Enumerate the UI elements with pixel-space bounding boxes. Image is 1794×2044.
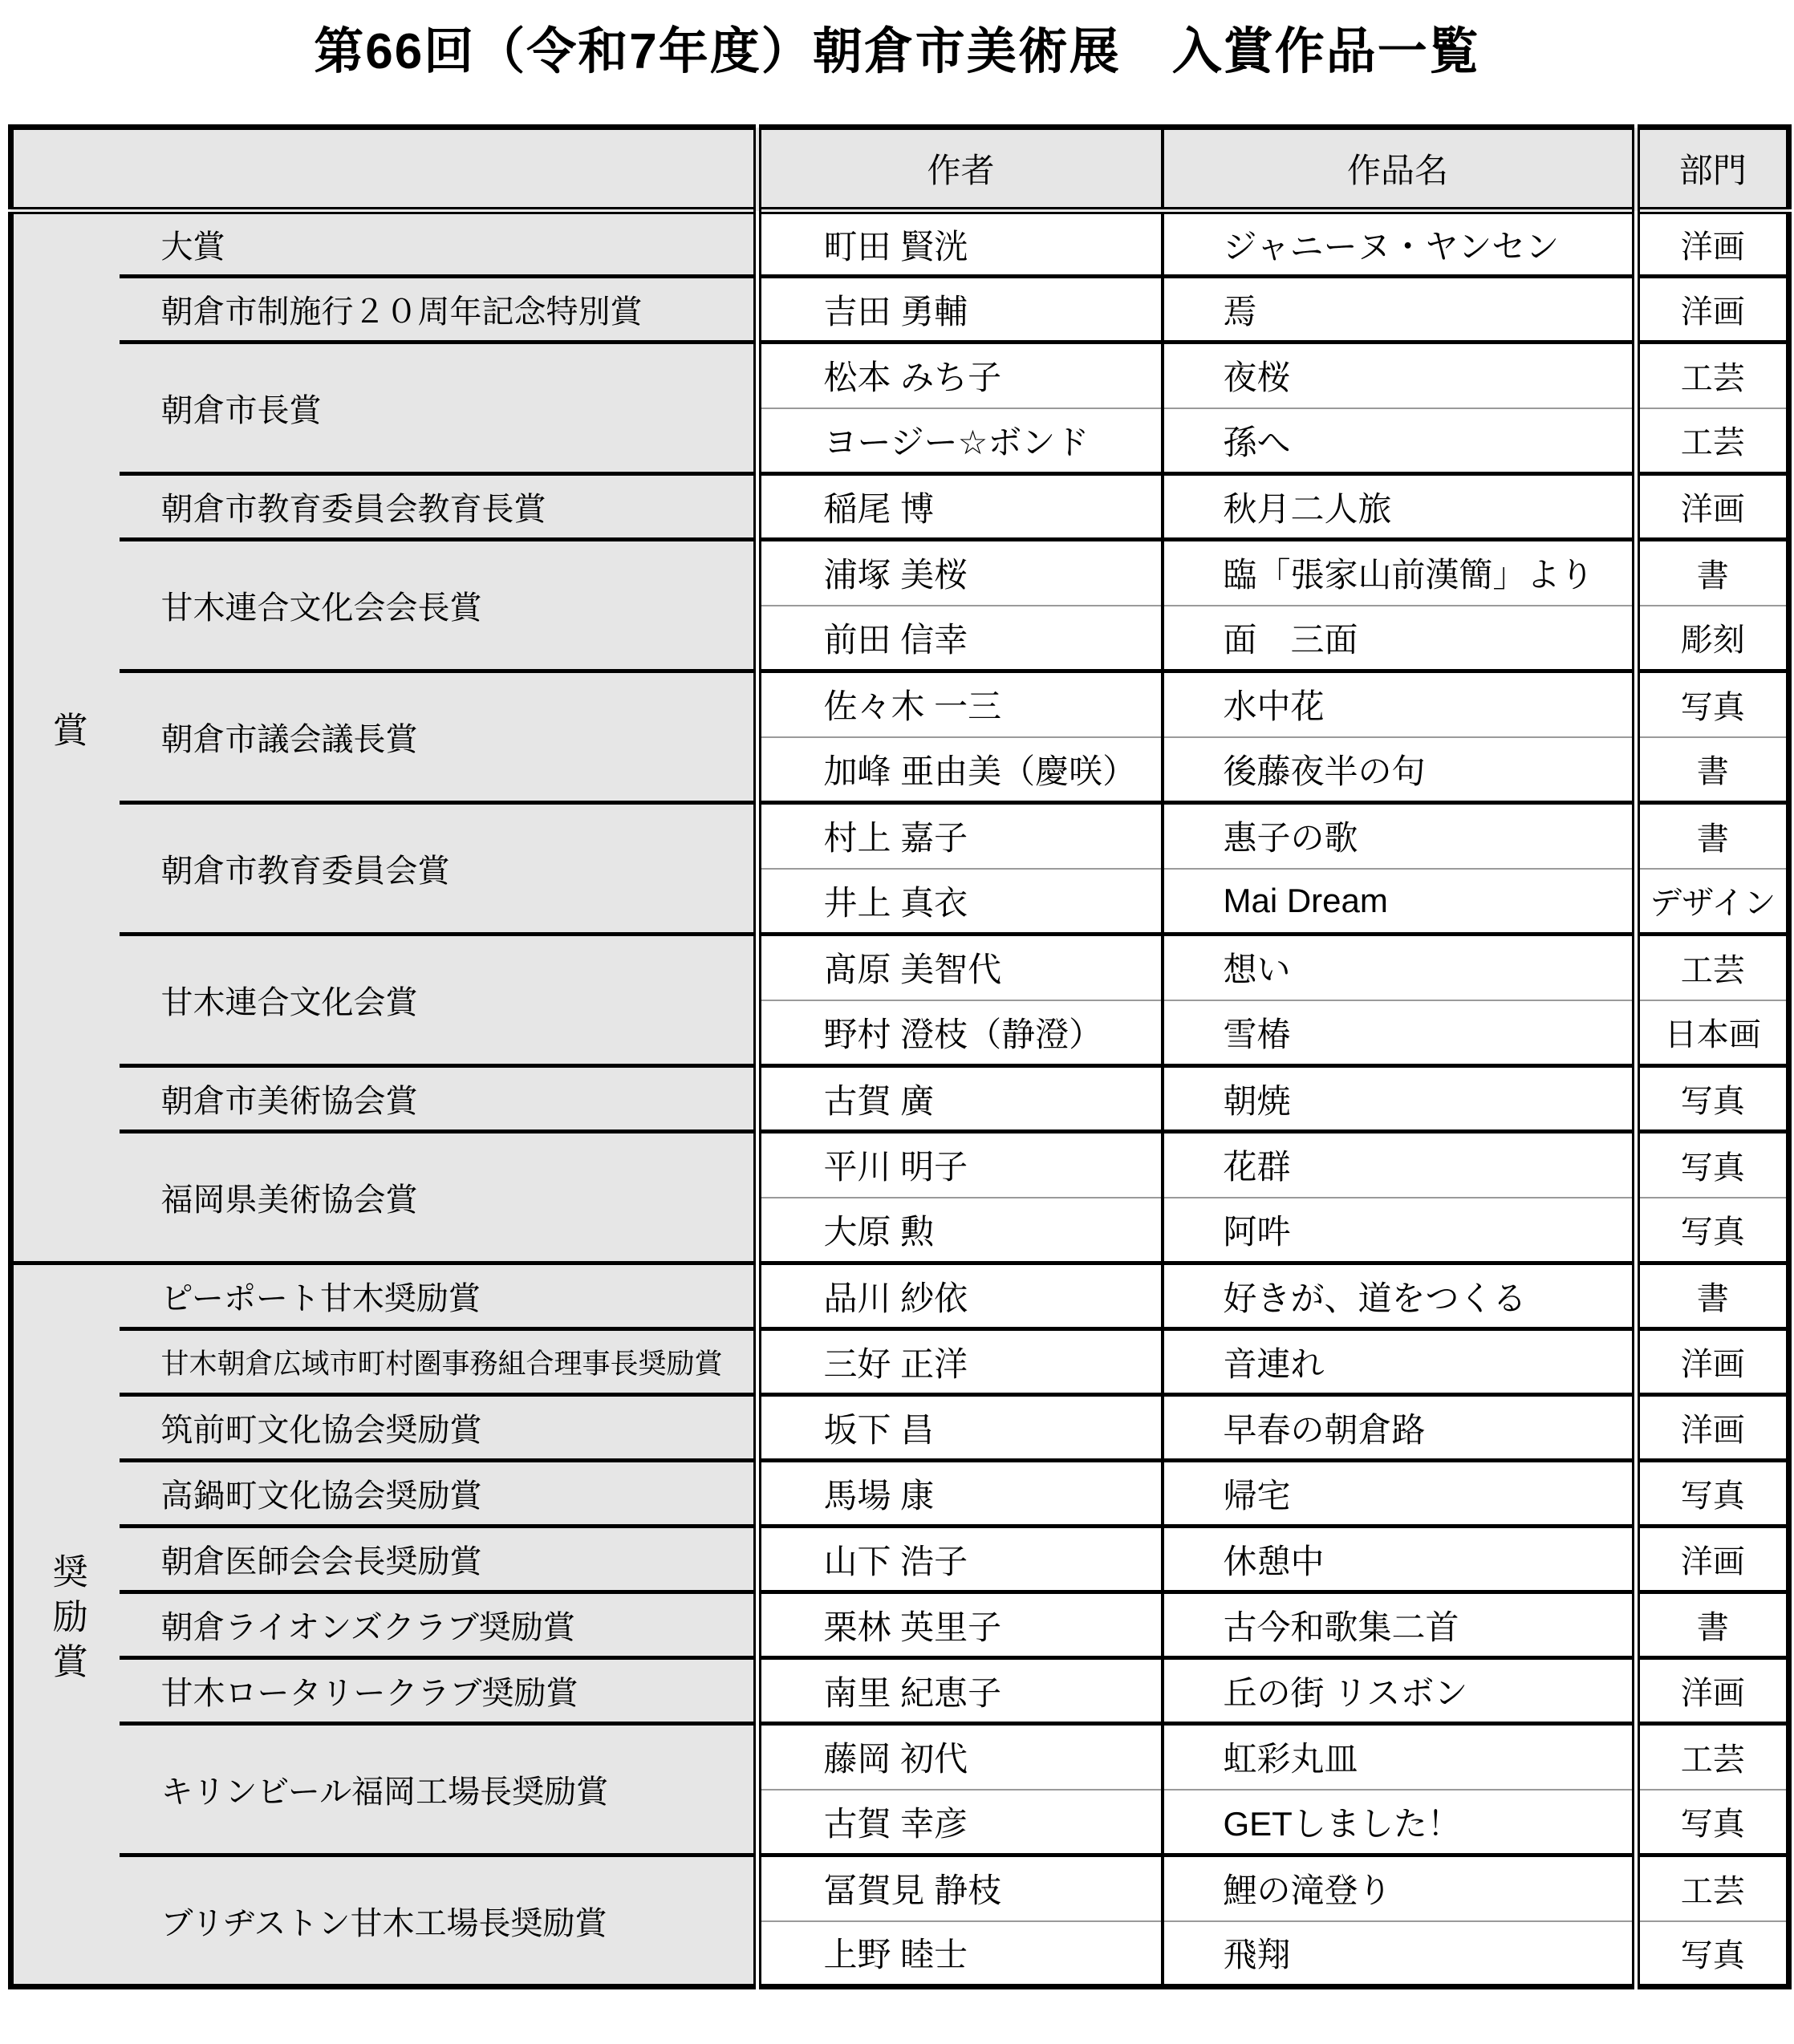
work-title-cell: GETしました！ — [1163, 1790, 1636, 1855]
work-title-cell: 秋月二人旅 — [1163, 474, 1636, 540]
award-name-cell: 朝倉市制施行２０周年記念特別賞 — [120, 277, 757, 343]
header-category: 部門 — [1636, 128, 1789, 211]
author-cell: 野村 澄枝（静澄） — [757, 1000, 1163, 1066]
award-name-cell: 朝倉ライオンズクラブ奨励賞 — [120, 1592, 757, 1658]
work-title-cell: 早春の朝倉路 — [1163, 1395, 1636, 1461]
table-row: 奨励賞ピーポート甘木奨励賞品川 紗依好きが、道をつくる書 — [11, 1263, 1789, 1329]
award-name-cell: 朝倉市美術協会賞 — [120, 1066, 757, 1132]
work-title-cell: 面 三面 — [1163, 606, 1636, 671]
category-cell: 写真 — [1636, 1461, 1789, 1527]
category-cell: 洋画 — [1636, 474, 1789, 540]
page-title: 第66回（令和7年度）朝倉市美術展 入賞作品一覧 — [0, 11, 1794, 83]
award-name-cell: 朝倉市教育委員会教育長賞 — [120, 474, 757, 540]
table-row: 朝倉医師会会長奨励賞山下 浩子休憩中洋画 — [11, 1527, 1789, 1592]
category-cell: 工芸 — [1636, 1855, 1789, 1921]
category-cell: 工芸 — [1636, 935, 1789, 1000]
section-label-text: 賞 — [41, 712, 92, 756]
table-row: ブリヂストン甘木工場長奨励賞冨賀見 静枝鯉の滝登り工芸 — [11, 1855, 1789, 1921]
author-cell: 松本 みち子 — [757, 343, 1163, 408]
work-title-cell: 阿吽 — [1163, 1198, 1636, 1263]
header-work: 作品名 — [1163, 128, 1636, 211]
table-row: 朝倉市教育委員会教育長賞稲尾 博秋月二人旅洋画 — [11, 474, 1789, 540]
category-cell: 洋画 — [1636, 1658, 1789, 1724]
work-title-cell: 虹彩丸皿 — [1163, 1724, 1636, 1790]
award-name-cell: 朝倉市長賞 — [120, 343, 757, 474]
author-cell: 浦塚 美桜 — [757, 540, 1163, 606]
work-title-cell: 雪椿 — [1163, 1000, 1636, 1066]
author-cell: 村上 嘉子 — [757, 803, 1163, 869]
header-author: 作者 — [757, 128, 1163, 211]
work-title-cell: 水中花 — [1163, 671, 1636, 737]
category-cell: 洋画 — [1636, 1527, 1789, 1592]
table-row: 朝倉市議会議長賞佐々木 一三水中花写真 — [11, 671, 1789, 737]
table-row: 甘木連合文化会会長賞浦塚 美桜臨「張家山前漢簡」より書 — [11, 540, 1789, 606]
award-name-cell: キリンビール福岡工場長奨励賞 — [120, 1724, 757, 1855]
work-title-cell: Mai Dream — [1163, 869, 1636, 935]
category-cell: 洋画 — [1636, 277, 1789, 343]
table-row: キリンビール福岡工場長奨励賞藤岡 初代虹彩丸皿工芸 — [11, 1724, 1789, 1790]
author-cell: 坂下 昌 — [757, 1395, 1163, 1461]
table-row: 朝倉市教育委員会賞村上 嘉子惠子の歌書 — [11, 803, 1789, 869]
work-title-cell: 休憩中 — [1163, 1527, 1636, 1592]
category-cell: デザイン — [1636, 869, 1789, 935]
work-title-cell: 好きが、道をつくる — [1163, 1263, 1636, 1329]
category-cell: 工芸 — [1636, 343, 1789, 408]
category-cell: 書 — [1636, 803, 1789, 869]
award-name-cell: 高鍋町文化協会奨励賞 — [120, 1461, 757, 1527]
category-cell: 日本画 — [1636, 1000, 1789, 1066]
award-name-cell: 朝倉市議会議長賞 — [120, 671, 757, 803]
category-cell: 写真 — [1636, 671, 1789, 737]
award-name-cell: 筑前町文化協会奨励賞 — [120, 1395, 757, 1461]
table-row: 賞大賞町田 賢洸ジャニーヌ・ヤンセン洋画 — [11, 211, 1789, 277]
page: 第66回（令和7年度）朝倉市美術展 入賞作品一覧 作者 作品名 部門 賞大賞町田… — [0, 11, 1794, 1989]
category-cell: 洋画 — [1636, 1395, 1789, 1461]
author-cell: 佐々木 一三 — [757, 671, 1163, 737]
award-name-cell: 朝倉医師会会長奨励賞 — [120, 1527, 757, 1592]
work-title-cell: 焉 — [1163, 277, 1636, 343]
table-row: 朝倉市美術協会賞古賀 廣朝焼写真 — [11, 1066, 1789, 1132]
work-title-cell: 鯉の滝登り — [1163, 1855, 1636, 1921]
work-title-cell: 古今和歌集二首 — [1163, 1592, 1636, 1658]
author-cell: 前田 信幸 — [757, 606, 1163, 671]
author-cell: 上野 睦士 — [757, 1921, 1163, 1987]
award-name-cell: ピーポート甘木奨励賞 — [120, 1263, 757, 1329]
table-row: 福岡県美術協会賞平川 明子花群写真 — [11, 1132, 1789, 1198]
table-header: 作者 作品名 部門 — [11, 128, 1789, 211]
table-row: 朝倉ライオンズクラブ奨励賞栗林 英里子古今和歌集二首書 — [11, 1592, 1789, 1658]
award-name-cell: 朝倉市教育委員会賞 — [120, 803, 757, 935]
author-cell: 三好 正洋 — [757, 1329, 1163, 1395]
author-cell: 古賀 幸彦 — [757, 1790, 1163, 1855]
work-title-cell: 花群 — [1163, 1132, 1636, 1198]
section-label: 賞 — [11, 211, 120, 1263]
work-title-cell: 音連れ — [1163, 1329, 1636, 1395]
author-cell: 栗林 英里子 — [757, 1592, 1163, 1658]
award-name-cell: 福岡県美術協会賞 — [120, 1132, 757, 1263]
work-title-cell: 惠子の歌 — [1163, 803, 1636, 869]
author-cell: 馬場 康 — [757, 1461, 1163, 1527]
author-cell: 藤岡 初代 — [757, 1724, 1163, 1790]
table-row: 筑前町文化協会奨励賞坂下 昌早春の朝倉路洋画 — [11, 1395, 1789, 1461]
awards-table-body: 賞大賞町田 賢洸ジャニーヌ・ヤンセン洋画朝倉市制施行２０周年記念特別賞吉田 勇輔… — [11, 211, 1789, 1987]
header-row: 作者 作品名 部門 — [11, 128, 1789, 211]
author-cell: 髙原 美智代 — [757, 935, 1163, 1000]
author-cell: 南里 紀恵子 — [757, 1658, 1163, 1724]
table-row: 朝倉市長賞松本 みち子夜桜工芸 — [11, 343, 1789, 408]
work-title-cell: 孫へ — [1163, 408, 1636, 474]
category-cell: 書 — [1636, 1592, 1789, 1658]
table-row: 甘木朝倉広域市町村圏事務組合理事長奨励賞三好 正洋音連れ洋画 — [11, 1329, 1789, 1395]
author-cell: 山下 浩子 — [757, 1527, 1163, 1592]
table-row: 甘木ロータリークラブ奨励賞南里 紀恵子丘の街 リスボン洋画 — [11, 1658, 1789, 1724]
category-cell: 写真 — [1636, 1198, 1789, 1263]
award-name-cell: ブリヂストン甘木工場長奨励賞 — [120, 1855, 757, 1987]
author-cell: 稲尾 博 — [757, 474, 1163, 540]
category-cell: 洋画 — [1636, 1329, 1789, 1395]
author-cell: 品川 紗依 — [757, 1263, 1163, 1329]
table-row: 朝倉市制施行２０周年記念特別賞吉田 勇輔焉洋画 — [11, 277, 1789, 343]
section-label-text: 奨励賞 — [41, 1553, 92, 1688]
work-title-cell: 朝焼 — [1163, 1066, 1636, 1132]
category-cell: 写真 — [1636, 1132, 1789, 1198]
section-label: 奨励賞 — [11, 1263, 120, 1987]
category-cell: 彫刻 — [1636, 606, 1789, 671]
author-cell: 吉田 勇輔 — [757, 277, 1163, 343]
author-cell: 大原 勲 — [757, 1198, 1163, 1263]
author-cell: 加峰 亜由美（慶咲） — [757, 737, 1163, 803]
category-cell: 工芸 — [1636, 408, 1789, 474]
award-name-cell: 甘木朝倉広域市町村圏事務組合理事長奨励賞 — [120, 1329, 757, 1395]
award-name-cell: 大賞 — [120, 211, 757, 277]
category-cell: 書 — [1636, 540, 1789, 606]
category-cell: 写真 — [1636, 1921, 1789, 1987]
work-title-cell: 丘の街 リスボン — [1163, 1658, 1636, 1724]
category-cell: 洋画 — [1636, 211, 1789, 277]
award-name-cell: 甘木連合文化会賞 — [120, 935, 757, 1066]
author-cell: 町田 賢洸 — [757, 211, 1163, 277]
work-title-cell: 臨「張家山前漢簡」より — [1163, 540, 1636, 606]
award-name-cell: 甘木連合文化会会長賞 — [120, 540, 757, 671]
author-cell: 冨賀見 静枝 — [757, 1855, 1163, 1921]
header-blank-cell — [11, 128, 757, 211]
table-row: 甘木連合文化会賞髙原 美智代想い工芸 — [11, 935, 1789, 1000]
category-cell: 写真 — [1636, 1790, 1789, 1855]
awards-table: 作者 作品名 部門 賞大賞町田 賢洸ジャニーヌ・ヤンセン洋画朝倉市制施行２０周年… — [8, 124, 1792, 1989]
table-row: 高鍋町文化協会奨励賞馬場 康帰宅写真 — [11, 1461, 1789, 1527]
work-title-cell: ジャニーヌ・ヤンセン — [1163, 211, 1636, 277]
award-name-cell: 甘木ロータリークラブ奨励賞 — [120, 1658, 757, 1724]
author-cell: 平川 明子 — [757, 1132, 1163, 1198]
work-title-cell: 飛翔 — [1163, 1921, 1636, 1987]
category-cell: 写真 — [1636, 1066, 1789, 1132]
work-title-cell: 夜桜 — [1163, 343, 1636, 408]
author-cell: 古賀 廣 — [757, 1066, 1163, 1132]
category-cell: 工芸 — [1636, 1724, 1789, 1790]
category-cell: 書 — [1636, 1263, 1789, 1329]
author-cell: 井上 真衣 — [757, 869, 1163, 935]
work-title-cell: 帰宅 — [1163, 1461, 1636, 1527]
work-title-cell: 想い — [1163, 935, 1636, 1000]
author-cell: ヨージー☆ボンド — [757, 408, 1163, 474]
work-title-cell: 後藤夜半の句 — [1163, 737, 1636, 803]
category-cell: 書 — [1636, 737, 1789, 803]
